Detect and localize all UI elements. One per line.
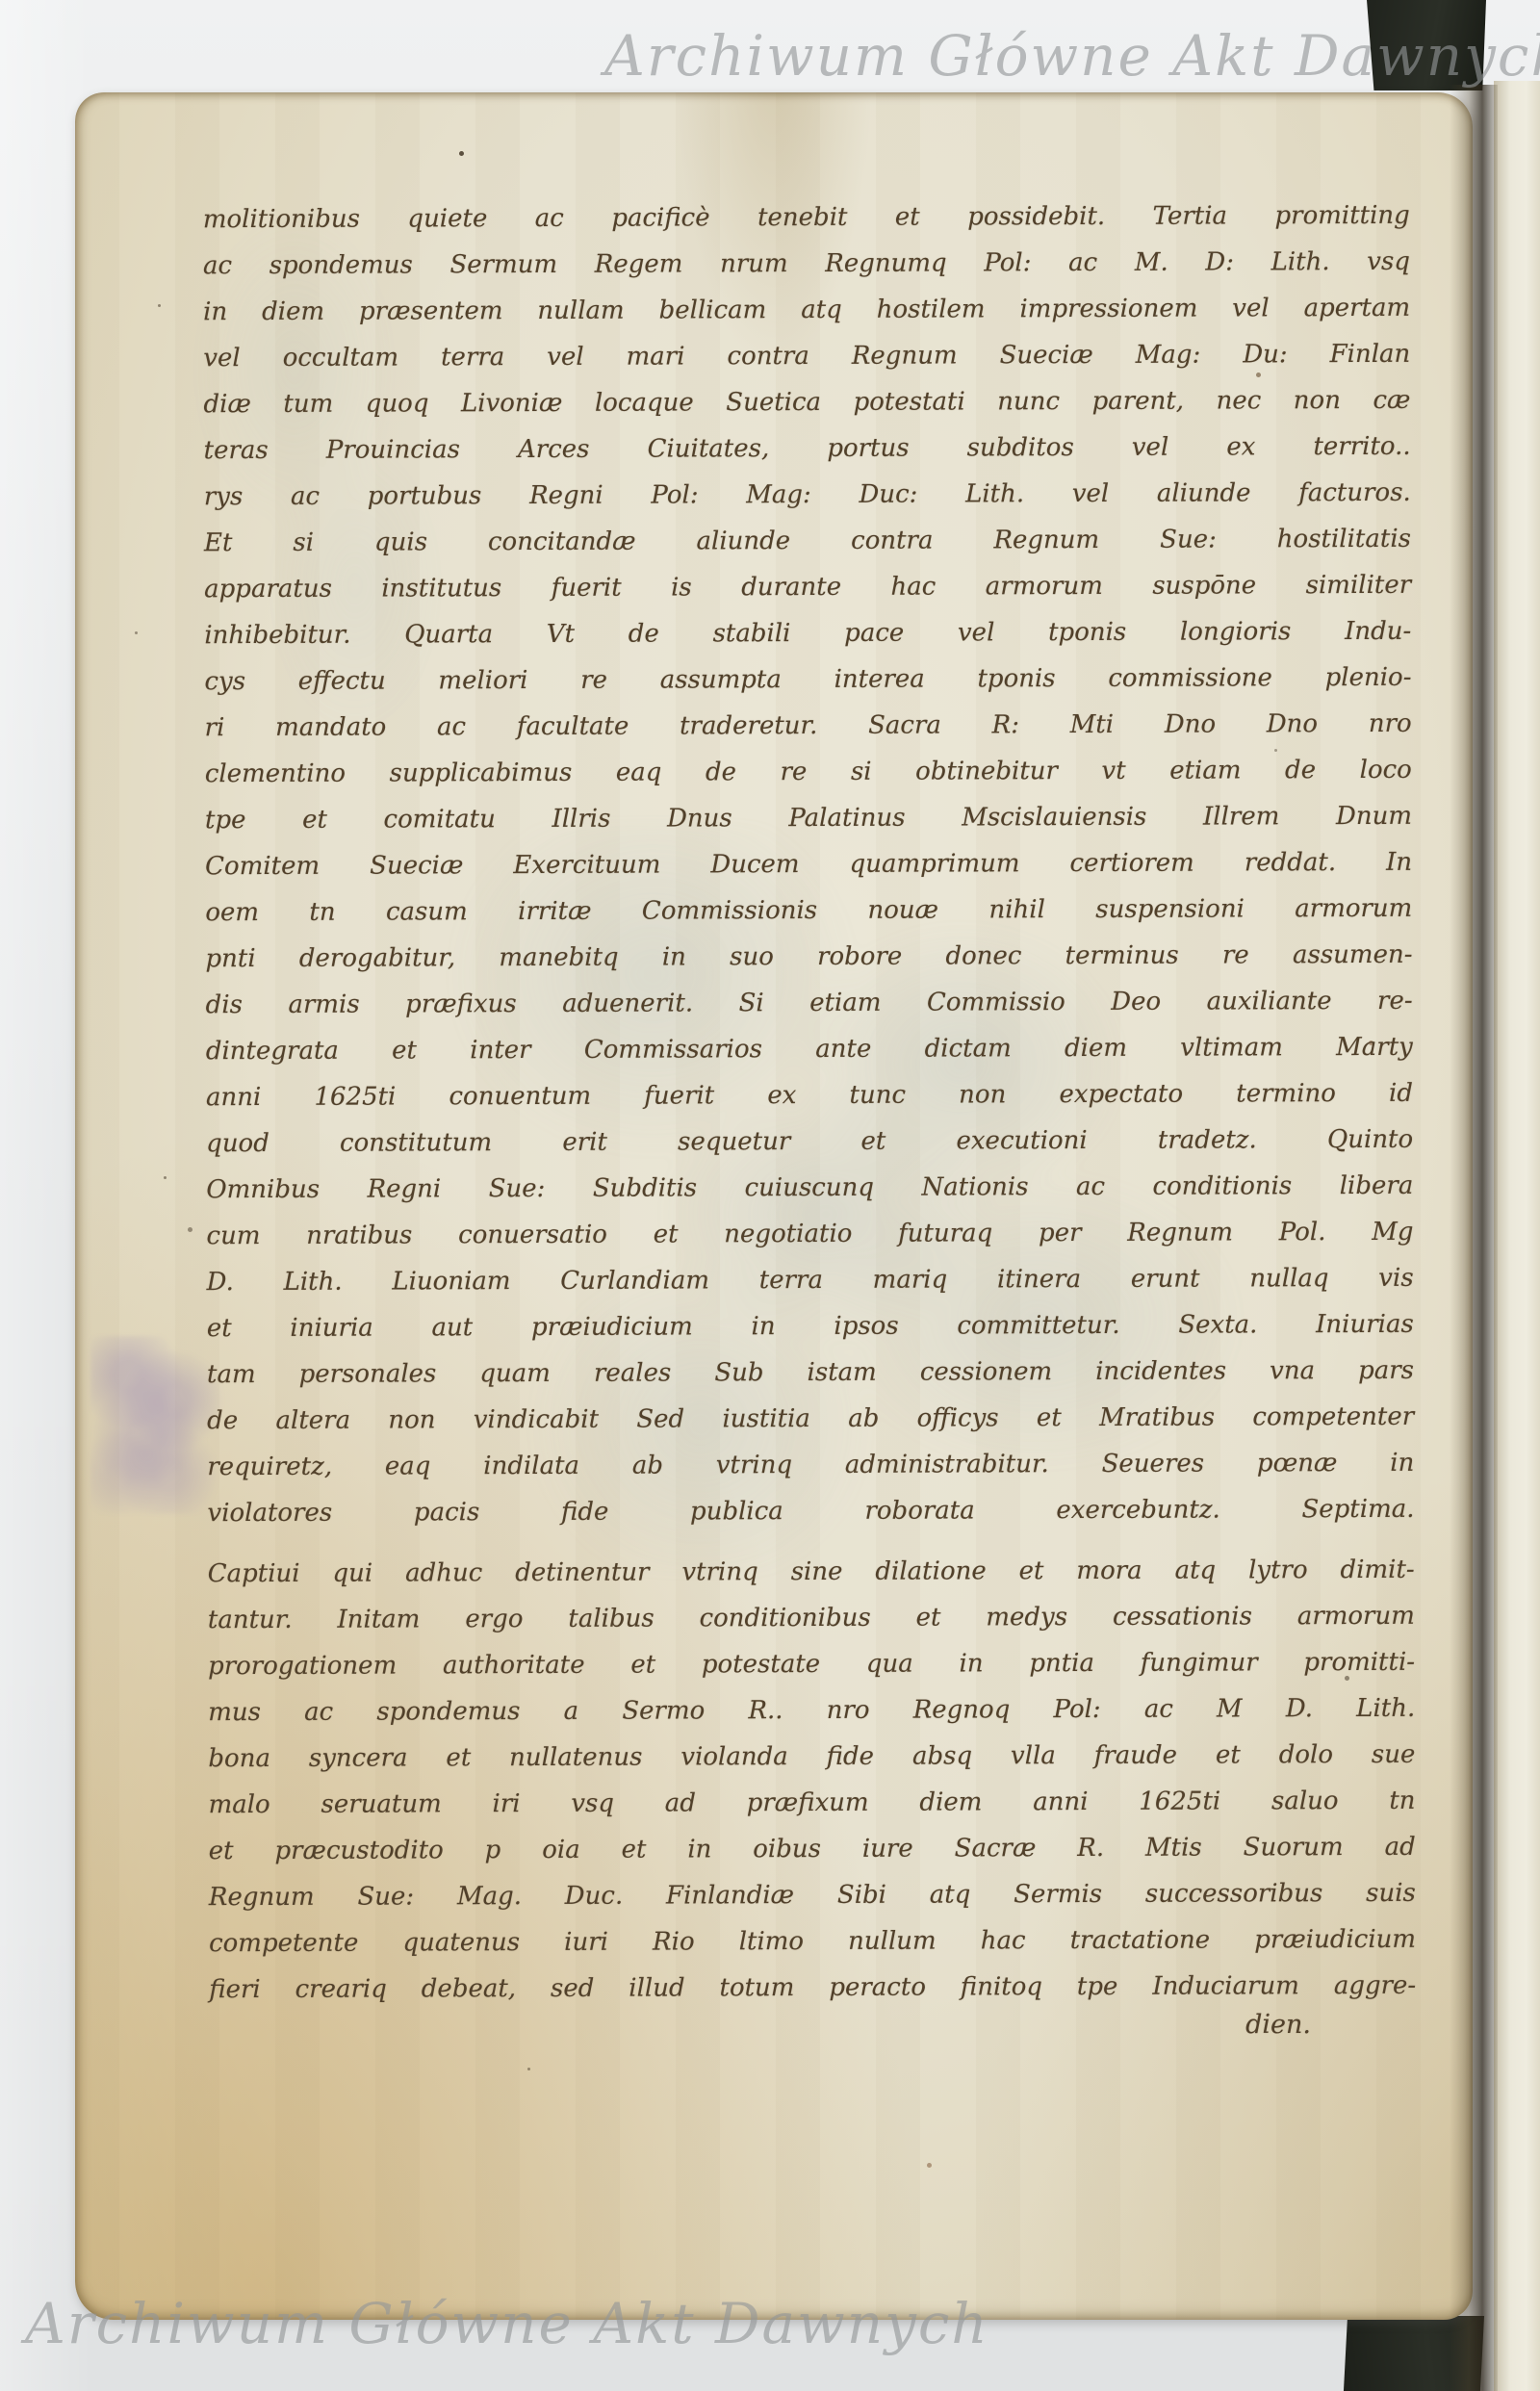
manuscript-line: cum nratibus conuersatio et negotiatio f… <box>206 1209 1413 1259</box>
manuscript-line: malo seruatum iri vsq ad præfixum diem a… <box>208 1778 1415 1828</box>
manuscript-line: diæ tum quoq Livoniæ locaque Suetica pot… <box>203 377 1410 427</box>
bookmark-ribbon-top <box>1367 0 1486 90</box>
manuscript-line: mus ac spondemus a Sermo R.. nro Regnoq … <box>208 1685 1415 1735</box>
manuscript-line: clementino supplicabimus eaq de re si ob… <box>205 747 1412 797</box>
manuscript-line: prorogationem authoritate et potestate q… <box>208 1639 1415 1689</box>
manuscript-line: Omnibus Regni Sue: Subditis cuiuscunq Na… <box>206 1163 1413 1213</box>
manuscript-line: ri mandato ac facultate traderetur. Sacr… <box>205 701 1412 751</box>
page-spine-shadow <box>1450 85 1498 2391</box>
manuscript-line: et iniuria aut præiudicium in ipsos comm… <box>207 1301 1414 1351</box>
manuscript-line: tantur. Initam ergo talibus conditionibu… <box>208 1593 1415 1643</box>
manuscript-line: inhibebitur. Quarta Vt de stabili pace v… <box>204 608 1411 658</box>
manuscript-line: molitionibus quiete ac pacificè tenebit … <box>203 193 1410 243</box>
manuscript-line: pnti derogabitur, manebitq in suo robore… <box>205 932 1412 982</box>
manuscript-line: Regnum Sue: Mag. Duc. Finlandiæ Sibi atq… <box>209 1870 1416 1920</box>
manuscript-line: oem tn casum irritæ Commissionis nouæ ni… <box>205 886 1412 936</box>
manuscript-line: vel occultam terra vel mari contra Regnu… <box>203 331 1410 381</box>
manuscript-line: teras Prouincias Arces Ciuitates, portus… <box>204 424 1411 474</box>
adjacent-page-edge <box>1494 81 1540 2391</box>
manuscript-line: requiretz, eaq indilata ab vtrinq admini… <box>207 1440 1414 1490</box>
catchword: dien. <box>1163 2010 1394 2040</box>
manuscript-line: violatores pacis fide publica roborata e… <box>207 1486 1414 1536</box>
manuscript-line: tpe et comitatu Illris Dnus Palatinus Ms… <box>205 793 1412 843</box>
manuscript-line: anni 1625ti conuentum fuerit ex tunc non… <box>206 1070 1413 1120</box>
manuscript-line: Comitem Sueciæ Exercituum Ducem quamprim… <box>205 839 1412 889</box>
manuscript-line: Et si quis concitandæ aliunde contra Reg… <box>204 516 1411 566</box>
manuscript-page: molitionibus quiete ac pacificè tenebit … <box>75 92 1473 2320</box>
manuscript-line: in diem præsentem nullam bellicam atq ho… <box>203 285 1410 335</box>
manuscript-line: fieri creariq debeat, sed illud totum pe… <box>209 1963 1416 2013</box>
manuscript-line: cys effectu meliori re assumpta interea … <box>204 655 1411 705</box>
manuscript-line: ac spondemus Sermum Regem nrum Regnumq P… <box>203 239 1410 289</box>
faded-ink-stamp <box>90 1336 225 1514</box>
manuscript-line: dintegrata et inter Commissarios ante di… <box>206 1024 1413 1074</box>
manuscript-text: molitionibus quiete ac pacificè tenebit … <box>203 193 1417 2013</box>
manuscript-line: Captiui qui adhuc detinentur vtrinq sine… <box>208 1547 1415 1597</box>
manuscript-line: tam personales quam reales Sub istam ces… <box>207 1348 1414 1398</box>
manuscript-line: rys ac portubus Regni Pol: Mag: Duc: Lit… <box>204 470 1411 520</box>
manuscript-line: de altera non vindicabit Sed iustitia ab… <box>207 1394 1414 1444</box>
manuscript-line: D. Lith. Liuoniam Curlandiam terra mariq… <box>207 1255 1414 1305</box>
manuscript-line: bona syncera et nullatenus violanda fide… <box>208 1732 1415 1782</box>
manuscript-line: competente quatenus iuri Rio ltimo nullu… <box>209 1916 1416 1967</box>
manuscript-line: et præcustodito p oia et in oibus iure S… <box>209 1824 1416 1874</box>
manuscript-line: quod constitutum erit sequetur et execut… <box>206 1117 1413 1167</box>
manuscript-line: dis armis præfixus aduenerit. Si etiam C… <box>206 978 1413 1028</box>
manuscript-line: apparatus institutus fuerit is durante h… <box>204 562 1411 612</box>
